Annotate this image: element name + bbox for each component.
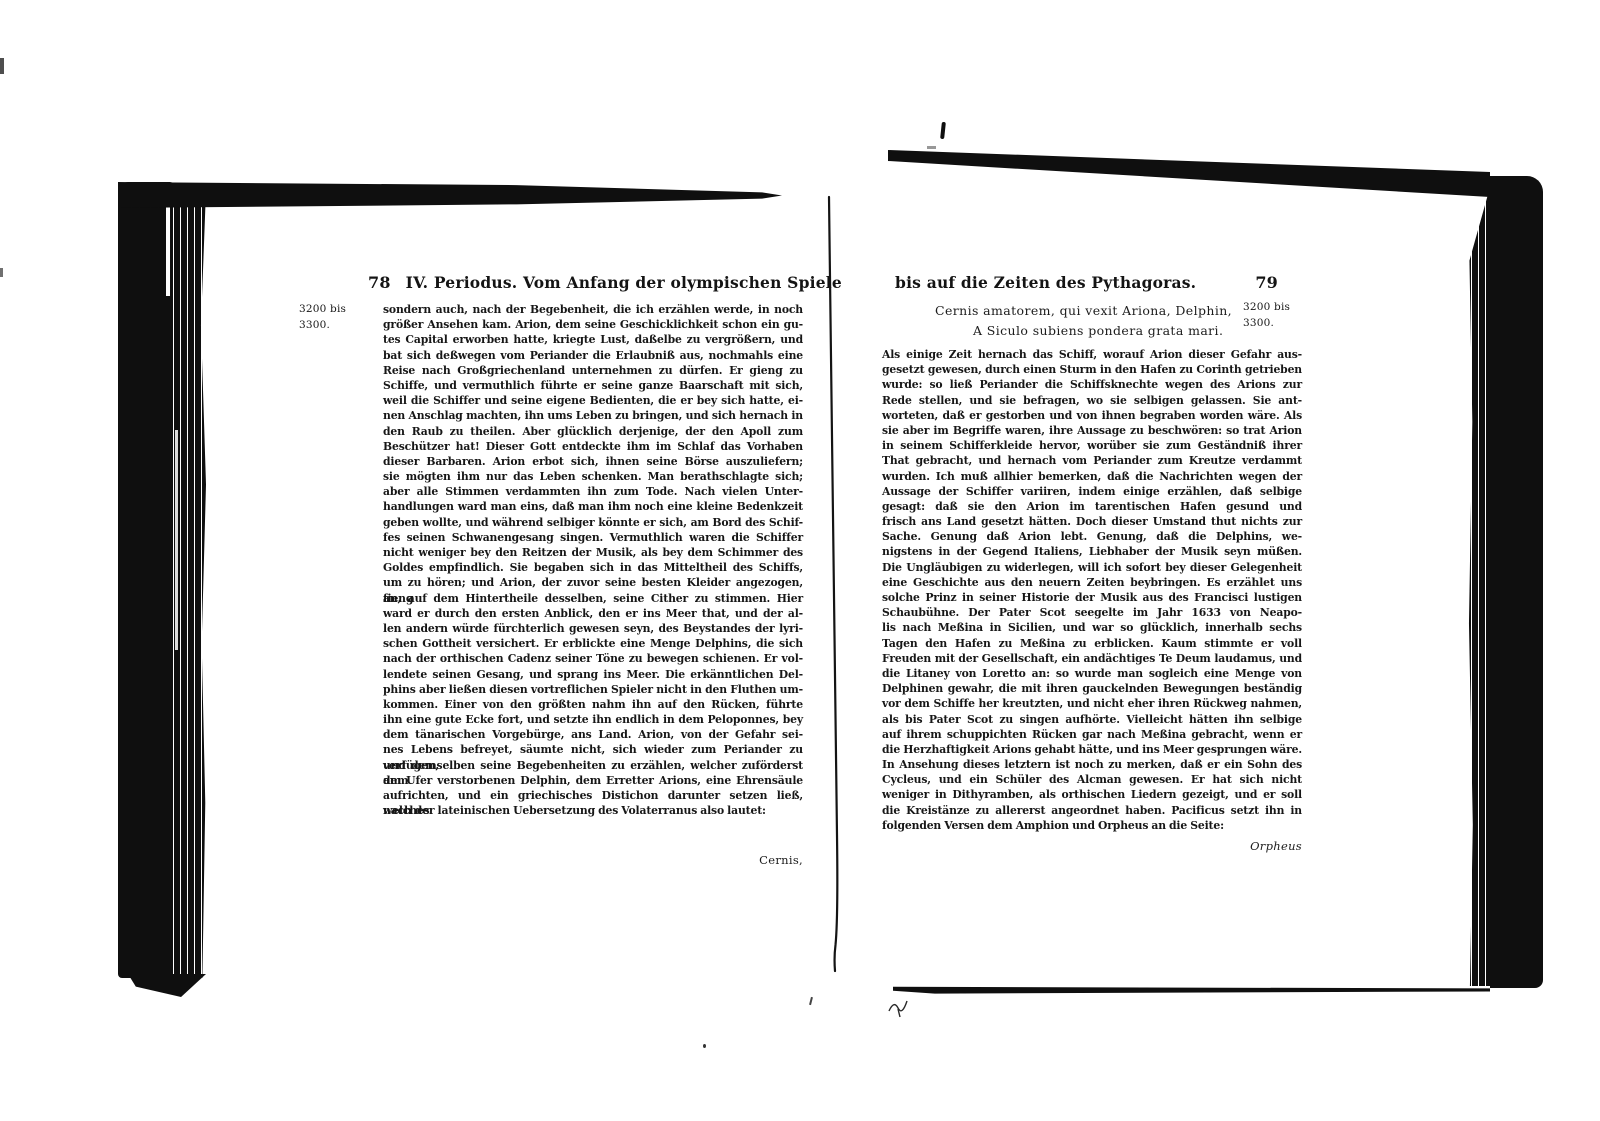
- left-page-running-title: IV. Periodus. Vom Anfang der olympischen…: [406, 273, 842, 292]
- left-page-body: sondern auch, nach der Begebenheit, die …: [383, 302, 803, 818]
- text-line: dieser Barbaren. Arion erbot sich, ihnen…: [383, 454, 803, 469]
- right-page-header: bis auf die Zeiten des Pythagoras. 79: [882, 273, 1302, 292]
- text-line: sondern auch, nach der Begebenheit, die …: [383, 302, 803, 317]
- text-line: In Ansehung dieses letztern ist noch zu …: [882, 757, 1302, 772]
- text-line: nigstens in der Gegend Italiens, Liebhab…: [882, 544, 1302, 559]
- right-page: bis auf die Zeiten des Pythagoras. 79 Ce…: [830, 0, 1600, 1121]
- text-line: Aussage der Schiffer variiren, indem ein…: [882, 484, 1302, 499]
- text-line: nach der orthischen Cadenz seiner Töne z…: [383, 651, 803, 666]
- text-line: aber alle Stimmen verdammten ihn zum Tod…: [383, 484, 803, 499]
- text-line: und demselben seine Begebenheiten zu erz…: [383, 758, 803, 773]
- text-line: frisch ans Land gesetzt hätten. Doch die…: [882, 514, 1302, 529]
- text-line: geben wollte, und während selbiger könnt…: [383, 515, 803, 530]
- right-margin-note: 3200 bis 3300.: [1243, 299, 1303, 331]
- text-line: kommen. Einer von den größten nahm ihn a…: [383, 697, 803, 712]
- left-page: 78 IV. Periodus. Vom Anfang der olympisc…: [0, 0, 830, 1121]
- text-line: wurde: so ließ Periander die Schiffsknec…: [882, 377, 1302, 392]
- text-line: sie aber im Begriffe waren, ihre Aussage…: [882, 423, 1302, 438]
- text-line: in seinem Schifferkleide hervor, worüber…: [882, 438, 1302, 453]
- text-line: solche Prinz in seiner Historie der Musi…: [882, 590, 1302, 605]
- text-line: bat sich deßwegen vom Periander die Erla…: [383, 348, 803, 363]
- text-line: schen Gottheit versichert. Er erblickte …: [383, 636, 803, 651]
- text-line: Goldes empfindlich. Sie begaben sich in …: [383, 560, 803, 575]
- text-line: auf ihrem schuppichten Rücken gar nach M…: [882, 727, 1302, 742]
- text-line: folgenden Versen dem Amphion und Orpheus…: [882, 818, 1302, 833]
- text-line: die Litaney von Loretto an: so wurde man…: [882, 666, 1302, 681]
- text-line: den Raub zu theilen. Aber glücklich derj…: [383, 424, 803, 439]
- text-line: tes Capital erworben hatte, kriegte Lust…: [383, 332, 803, 347]
- left-page-catchword: Cernis,: [383, 853, 807, 867]
- text-line: sie mögten ihm nur das Leben schenken. M…: [383, 469, 803, 484]
- margin-note-line: 3300.: [1243, 315, 1303, 331]
- text-line: nen Anschlag machten, ihn ums Leben zu b…: [383, 408, 803, 423]
- text-line: als bis Pater Scot zu singen aufhörte. V…: [882, 712, 1302, 727]
- verse-line: A Siculo subiens pondera grata mari.: [973, 321, 1232, 341]
- text-line: lendete seinen Gesang, und sprang ins Me…: [383, 667, 803, 682]
- text-line: ward er durch den ersten Anblick, den er…: [383, 606, 803, 621]
- text-line: nach der lateinischen Uebersetzung des V…: [383, 803, 803, 818]
- right-page-body: Als einige Zeit hernach das Schiff, wora…: [882, 347, 1302, 833]
- text-line: Schiffe, und vermuthlich führte er seine…: [383, 378, 803, 393]
- text-line: ihn eine gute Ecke fort, und setzte ihn …: [383, 712, 803, 727]
- left-page-number: 78: [368, 273, 391, 292]
- left-margin-note: 3200 bis 3300.: [299, 301, 359, 333]
- text-line: vor dem Schiffe her kreutzten, und nicht…: [882, 696, 1302, 711]
- margin-note-line: 3200 bis: [1243, 299, 1303, 315]
- text-line: nes Lebens befreyet, säumte nicht, sich …: [383, 742, 803, 757]
- text-line: Cycleus, und ein Schüler des Alcman gewe…: [882, 772, 1302, 787]
- text-line: worteten, daß er gestorben und von ihnen…: [882, 408, 1302, 423]
- text-line: Delphinen gewahr, die mit ihren gauckeln…: [882, 681, 1302, 696]
- right-page-catchword: Orpheus: [882, 839, 1310, 853]
- latin-verse: Cernis amatorem, qui vexit Ariona, Delph…: [935, 301, 1232, 341]
- margin-note-line: 3200 bis: [299, 301, 359, 317]
- text-line: gesetzt gewesen, durch einen Sturm in de…: [882, 362, 1302, 377]
- text-line: phins aber ließen diesen vortreflichen S…: [383, 682, 803, 697]
- text-line: handlungen ward man eins, daß man ihm no…: [383, 499, 803, 514]
- text-line: Sache. Genung daß Arion lebt. Genung, da…: [882, 529, 1302, 544]
- text-line: dem tänarischen Vorgebürge, ans Land. Ar…: [383, 727, 803, 742]
- left-page-header: 78 IV. Periodus. Vom Anfang der olympisc…: [368, 273, 808, 292]
- text-line: len andern würde fürchterlich gewesen se…: [383, 621, 803, 636]
- text-line: Rede stellen, und sie befragen, wo sie s…: [882, 393, 1302, 408]
- text-line: fes seinen Schwanengesang singen. Vermut…: [383, 530, 803, 545]
- text-line: am Ufer verstorbenen Delphin, dem Errett…: [383, 773, 803, 788]
- text-line: weil die Schiffer und seine eigene Bedie…: [383, 393, 803, 408]
- text-line: lis nach Meßina in Sicilien, und war so …: [882, 620, 1302, 635]
- text-line: Reise nach Großgriechenland unternehmen …: [383, 363, 803, 378]
- right-page-number: 79: [1255, 273, 1302, 292]
- book-spread: 78 IV. Periodus. Vom Anfang der olympisc…: [0, 0, 1600, 1121]
- text-line: That gebracht, und hernach vom Periander…: [882, 453, 1302, 468]
- text-line: nicht weniger bey den Reitzen der Musik,…: [383, 545, 803, 560]
- text-line: die Herzhaftigkeit Arions gehabt hätte, …: [882, 742, 1302, 757]
- text-line: Die Ungläubigen zu widerlegen, will ich …: [882, 560, 1302, 575]
- text-line: Freuden mit der Gesellschaft, ein andäch…: [882, 651, 1302, 666]
- text-line: die Kreistänze zu allererst angeordnet h…: [882, 803, 1302, 818]
- text-line: aufrichten, und ein griechisches Distich…: [383, 788, 803, 803]
- verse-line: Cernis amatorem, qui vexit Ariona, Delph…: [935, 301, 1232, 321]
- text-line: weniger in Dithyramben, als orthischen L…: [882, 787, 1302, 802]
- text-line: um zu hören; und Arion, der zuvor seine …: [383, 575, 803, 590]
- text-line: Schaubühne. Der Pater Scot seegelte im J…: [882, 605, 1302, 620]
- text-line: Beschützer hat! Dieser Gott entdeckte ih…: [383, 439, 803, 454]
- text-line: eine Geschichte aus den neuern Zeiten be…: [882, 575, 1302, 590]
- text-line: gesagt: daß sie den Arion im tarentische…: [882, 499, 1302, 514]
- text-line: wurden. Ich muß allhier bemerken, daß di…: [882, 469, 1302, 484]
- text-line: an, auf dem Hintertheile desselben, sein…: [383, 591, 803, 606]
- text-line: Als einige Zeit hernach das Schiff, wora…: [882, 347, 1302, 362]
- right-page-running-title: bis auf die Zeiten des Pythagoras.: [882, 273, 1255, 292]
- text-line: größer Ansehen kam. Arion, dem seine Ges…: [383, 317, 803, 332]
- text-line: Tagen den Hafen zu Meßina zu erblicken. …: [882, 636, 1302, 651]
- margin-note-line: 3300.: [299, 317, 359, 333]
